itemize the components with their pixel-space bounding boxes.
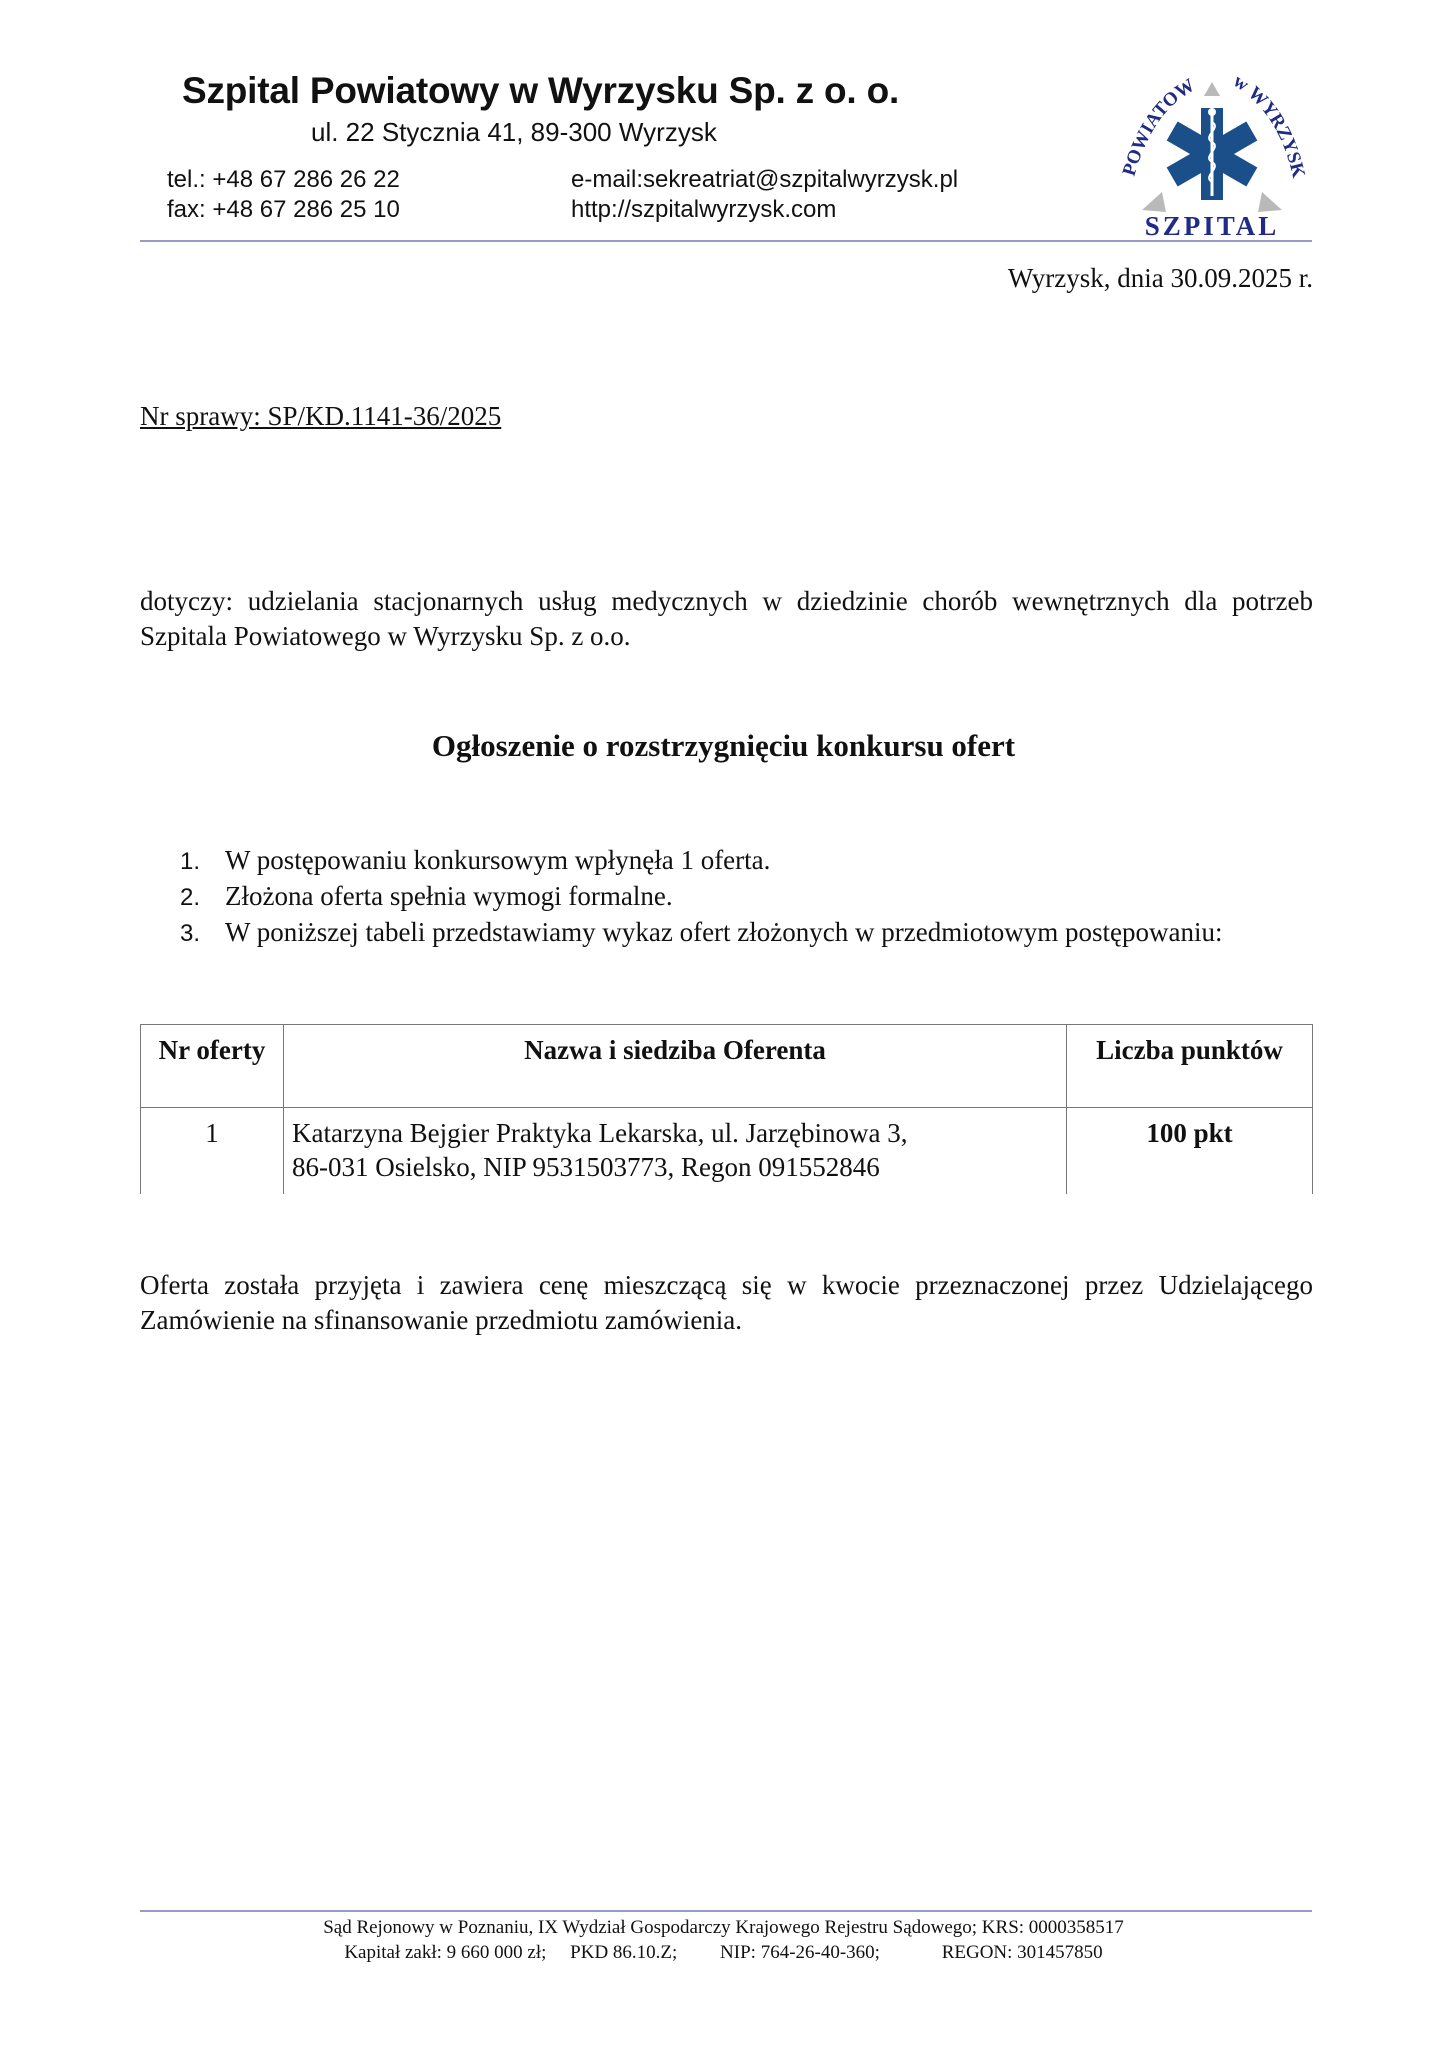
logo-bottom-text: SZPITAL	[1145, 211, 1280, 241]
phone-number: tel.: +48 67 286 26 22	[167, 165, 400, 195]
header-divider	[140, 240, 1312, 242]
bidder-name-line-2: 86-031 Osielsko, NIP 9531503773, Regon 0…	[292, 1150, 1058, 1184]
bidder-name-line-1: Katarzyna Bejgier Praktyka Lekarska, ul.…	[292, 1116, 1058, 1150]
header-points: Liczba punktów	[1067, 1025, 1313, 1108]
case-number: Nr sprawy: SP/KD.1141-36/2025	[140, 401, 501, 432]
item-text: W postępowaniu konkursowym wpłynęła 1 of…	[225, 845, 770, 875]
subject-paragraph: dotyczy: udzielania stacjonarnych usług …	[140, 584, 1313, 654]
findings-list: 1.W postępowaniu konkursowym wpłynęła 1 …	[180, 843, 1222, 951]
website-address: http://szpitalwyrzysk.com	[571, 195, 836, 225]
closing-paragraph: Oferta została przyjęta i zawiera cenę m…	[140, 1268, 1313, 1338]
list-item: 1.W postępowaniu konkursowym wpłynęła 1 …	[180, 843, 1222, 879]
hospital-logo: POWIATOWY w WYRZYSKU SZPITAL	[1112, 72, 1322, 242]
footer-divider	[140, 1910, 1312, 1912]
item-number: 2.	[180, 881, 225, 915]
list-item: 3.W poniższej tabeli przedstawiamy wykaz…	[180, 915, 1222, 951]
email-address: e-mail:sekreatriat@szpitalwyrzysk.pl	[571, 165, 958, 195]
place-date: Wyrzysk, dnia 30.09.2025 r.	[1008, 263, 1313, 294]
list-item: 2.Złożona oferta spełnia wymogi formalne…	[180, 879, 1222, 915]
organization-name: Szpital Powiatowy w Wyrzysku Sp. z o. o.	[182, 70, 899, 112]
header-bidder-name: Nazwa i siedziba Oferenta	[284, 1025, 1067, 1108]
document-page: Szpital Powiatowy w Wyrzysku Sp. z o. o.…	[0, 0, 1447, 2048]
table-header-row: Nr oferty Nazwa i siedziba Oferenta Licz…	[141, 1025, 1313, 1108]
item-text: W poniższej tabeli przedstawiamy wykaz o…	[225, 917, 1222, 947]
organization-address: ul. 22 Stycznia 41, 89-300 Wyrzysk	[311, 117, 717, 148]
offer-number: 1	[141, 1108, 284, 1195]
offer-points: 100 pkt	[1067, 1108, 1313, 1195]
bidder-name: Katarzyna Bejgier Praktyka Lekarska, ul.…	[284, 1108, 1067, 1195]
table-row: 1 Katarzyna Bejgier Praktyka Lekarska, u…	[141, 1108, 1313, 1195]
item-number: 1.	[180, 845, 225, 879]
announcement-title: Ogłoszenie o rozstrzygnięciu konkursu of…	[0, 728, 1447, 764]
fax-number: fax: +48 67 286 25 10	[167, 195, 400, 225]
offers-table: Nr oferty Nazwa i siedziba Oferenta Licz…	[140, 1024, 1313, 1194]
star-of-life-icon: POWIATOWY w WYRZYSKU SZPITAL	[1112, 72, 1322, 242]
header-offer-number: Nr oferty	[141, 1025, 284, 1108]
item-text: Złożona oferta spełnia wymogi formalne.	[225, 881, 673, 911]
footer-registry-line: Sąd Rejonowy w Poznaniu, IX Wydział Gosp…	[0, 1917, 1447, 1939]
item-number: 3.	[180, 917, 225, 951]
footer-company-ids-line: Kapitał zakł: 9 660 000 zł; PKD 86.10.Z;…	[0, 1942, 1447, 1964]
